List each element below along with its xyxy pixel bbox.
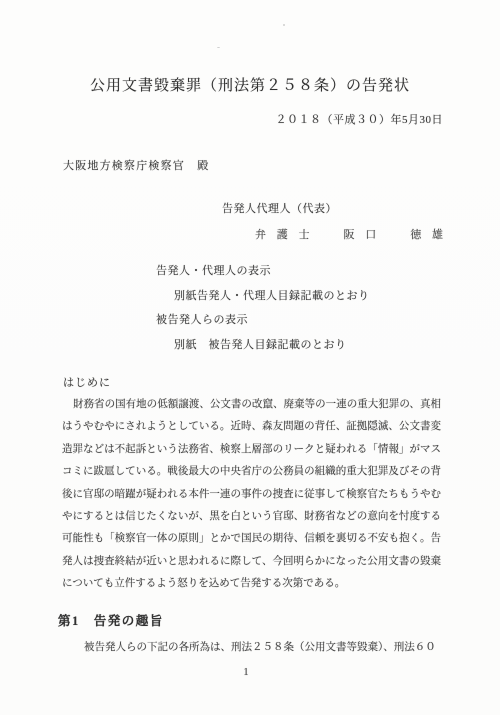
- complainants-display-label: 告発人・代理人の表示: [156, 262, 271, 278]
- scan-speck: [217, 47, 220, 48]
- section-heading-introduction: はじめに: [63, 374, 111, 390]
- document-title: 公用文書毀棄罪（刑法第２５８条）の告発状: [0, 74, 500, 95]
- section-heading-purpose-of-accusation: 第1 告発の趣旨: [58, 611, 164, 629]
- page-number: 1: [0, 667, 492, 678]
- representative-attorney-name: 弁 護 士 阪 口 徳 雄: [255, 226, 447, 242]
- scanned-complaint-page: 公用文書毀棄罪（刑法第２５８条）の告発状 ２０１８（平成３０）年5月30日 大阪…: [0, 0, 500, 715]
- scan-speck: [283, 24, 285, 26]
- complainants-display-value: 別紙告発人・代理人目録記載のとおり: [174, 287, 370, 303]
- representative-heading: 告発人代理人（代表）: [222, 200, 337, 216]
- accused-display-value: 別紙 被告発人目録記載のとおり: [174, 336, 347, 352]
- document-date: ２０１８（平成３０）年5月30日: [276, 111, 444, 127]
- addressee-line: 大阪地方検察庁検察官 殿: [63, 157, 209, 173]
- section-body-introduction: 財務省の国有地の低額譲渡、公文書の改竄、廃棄等の一連の重大犯罪の、真相はうやむや…: [62, 394, 441, 596]
- section-body-purpose-of-accusation: 被告発人らの下記の各所為は、刑法２５８条（公用文書等毀棄）、刑法６０: [62, 637, 445, 659]
- accused-display-label: 被告発人らの表示: [156, 311, 248, 327]
